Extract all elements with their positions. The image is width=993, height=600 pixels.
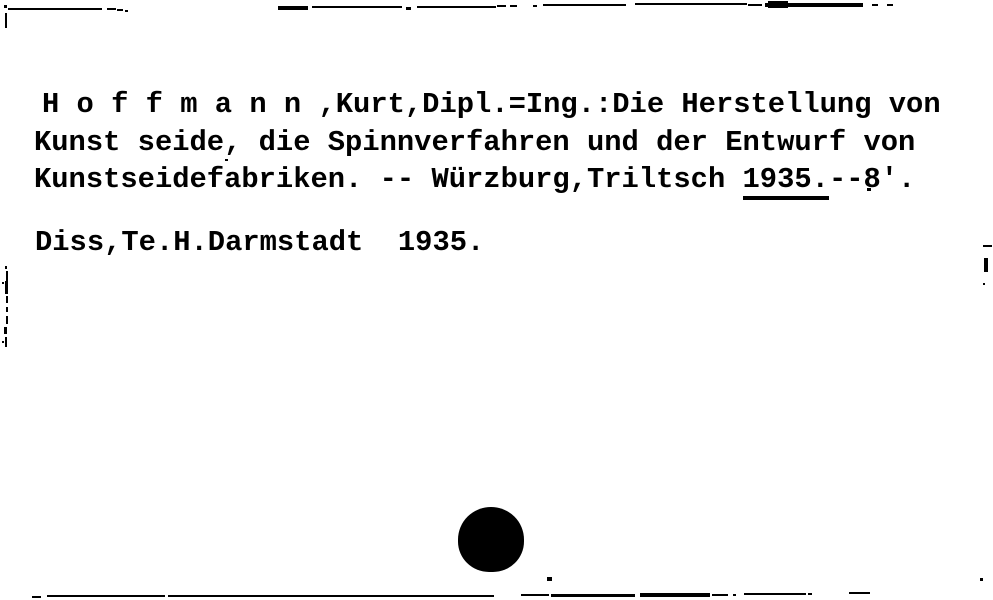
author-heading-line: H o f f m a n n ,Kurt,Dipl.=Ing.:Die Her… [42, 91, 941, 120]
format-text: --8'. [829, 163, 915, 196]
imprint-line: Kunstseidefabriken. -- Würzburg,Triltsch… [34, 166, 915, 195]
title-line: Kunst seide, die Spinnverfahren und der … [34, 129, 915, 158]
dissertation-note-line: Diss,Te.H.Darmstadt 1935. [35, 229, 484, 258]
underlined-year: 1935. [743, 163, 829, 200]
catalog-card: H o f f m a n n ,Kurt,Dipl.=Ing.:Die Her… [0, 0, 993, 600]
hole-punch-mark [458, 507, 524, 572]
imprint-text: Kunstseidefabriken. -- Würzburg,Triltsch [34, 163, 743, 196]
